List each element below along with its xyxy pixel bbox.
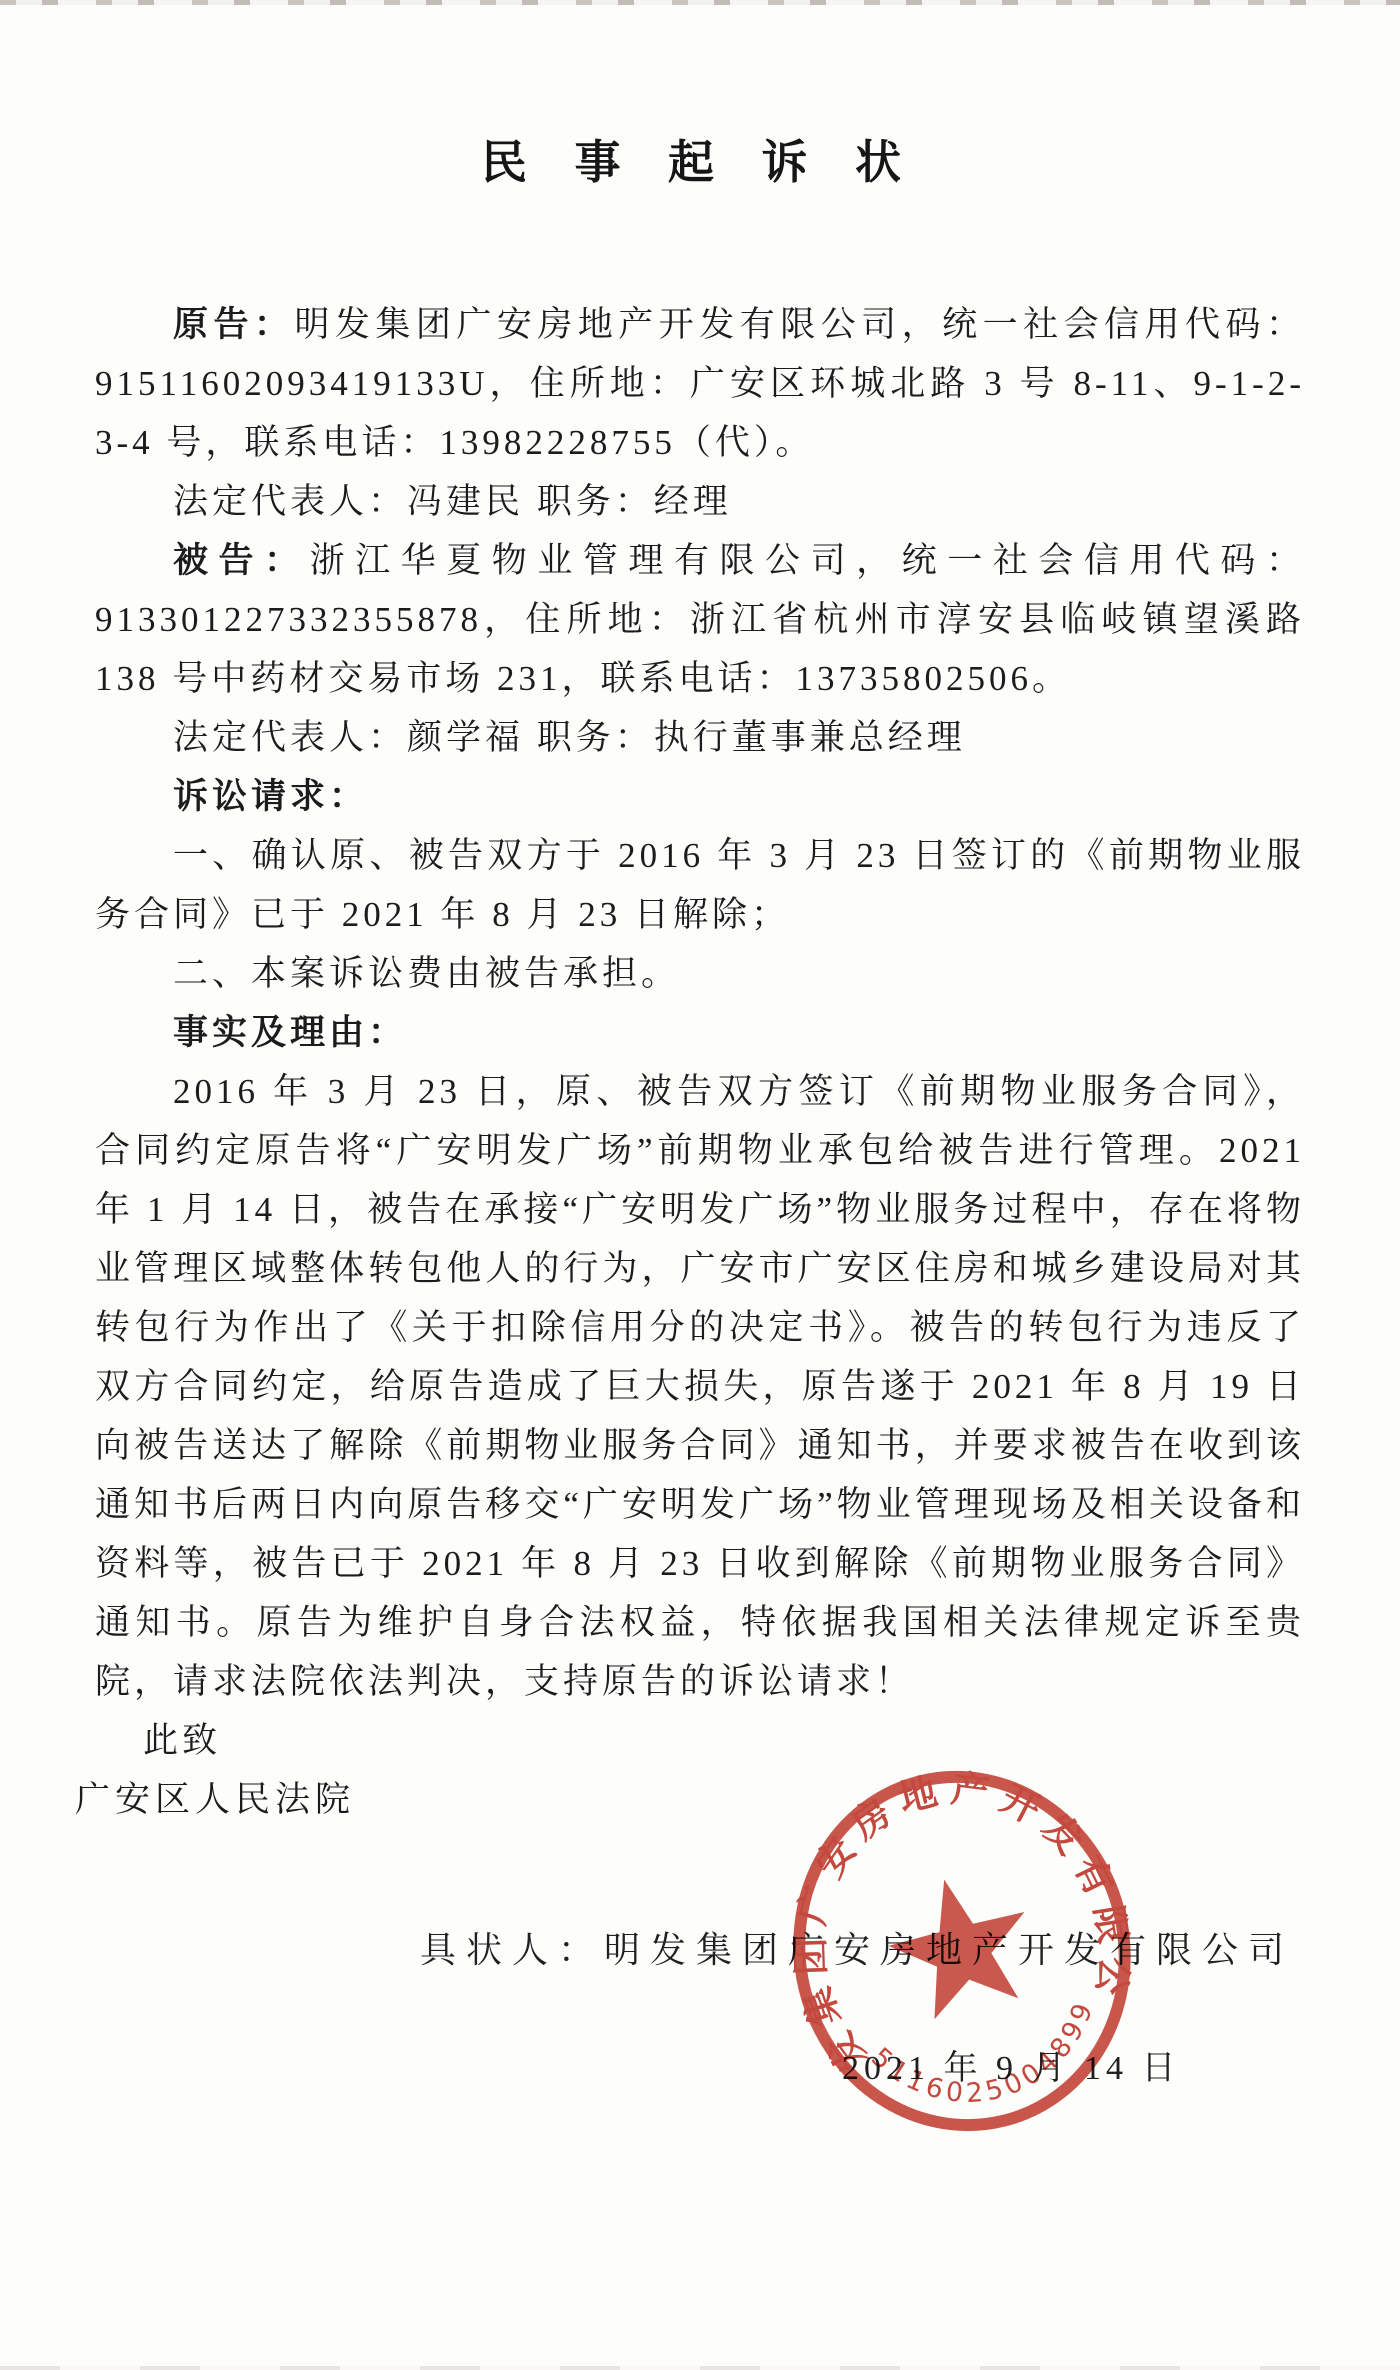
- company-seal-stamp: 明发集团广安房地产开发有限公司 5116025004899: [778, 1752, 1146, 2150]
- document-body: 原告：明发集团广安房地产开发有限公司，统一社会信用代码：915116020934…: [95, 295, 1305, 1829]
- paragraph-text: 一、确认原、被告双方于 2016 年 3 月 23 日签订的《前期物业服务合同》…: [95, 836, 1305, 934]
- page-title: 民 事 起 诉 状: [95, 138, 1305, 188]
- scan-artifact-top-edge: [0, 0, 1400, 5]
- paragraph: 法定代表人：颜学福 职务：执行董事兼总经理: [95, 708, 1305, 767]
- paragraph-text: 法定代表人：冯建民 职务：经理: [173, 482, 732, 521]
- seal-star-icon: [876, 1863, 1044, 2026]
- paragraph: 2016 年 3 月 23 日，原、被告双方签订《前期物业服务合同》，合同约定原…: [95, 1062, 1305, 1711]
- paragraph: 二、本案诉讼费由被告承担。: [95, 944, 1305, 1003]
- paragraph-lead: 事实及理由：: [173, 1013, 407, 1052]
- paragraph-lead: 被告：: [173, 541, 310, 580]
- paragraph: 法定代表人：冯建民 职务：经理: [95, 472, 1305, 531]
- document-page: 民 事 起 诉 状 原告：明发集团广安房地产开发有限公司，统一社会信用代码：91…: [0, 0, 1400, 2370]
- paragraph: 原告：明发集团广安房地产开发有限公司，统一社会信用代码：915116020934…: [95, 295, 1305, 472]
- paragraph: 一、确认原、被告双方于 2016 年 3 月 23 日签订的《前期物业服务合同》…: [95, 826, 1305, 944]
- paragraph-text: 法定代表人：颜学福 职务：执行董事兼总经理: [173, 718, 966, 757]
- paragraph: 被告：浙江华夏物业管理有限公司，统一社会信用代码：913301227332355…: [95, 531, 1305, 708]
- paragraph-text: 2016 年 3 月 23 日，原、被告双方签订《前期物业服务合同》，合同约定原…: [95, 1072, 1305, 1701]
- paragraph-lead: 诉讼请求：: [173, 777, 368, 816]
- paragraph: 诉讼请求：: [95, 767, 1305, 826]
- paragraph: 事实及理由：: [95, 1003, 1305, 1062]
- paragraph-text: 二、本案诉讼费由被告承担。: [173, 954, 680, 993]
- scan-artifact-bottom-edge: [0, 2366, 1400, 2370]
- paragraph-list: 原告：明发集团广安房地产开发有限公司，统一社会信用代码：915116020934…: [95, 295, 1305, 1711]
- paragraph-lead: 原告：: [173, 305, 294, 344]
